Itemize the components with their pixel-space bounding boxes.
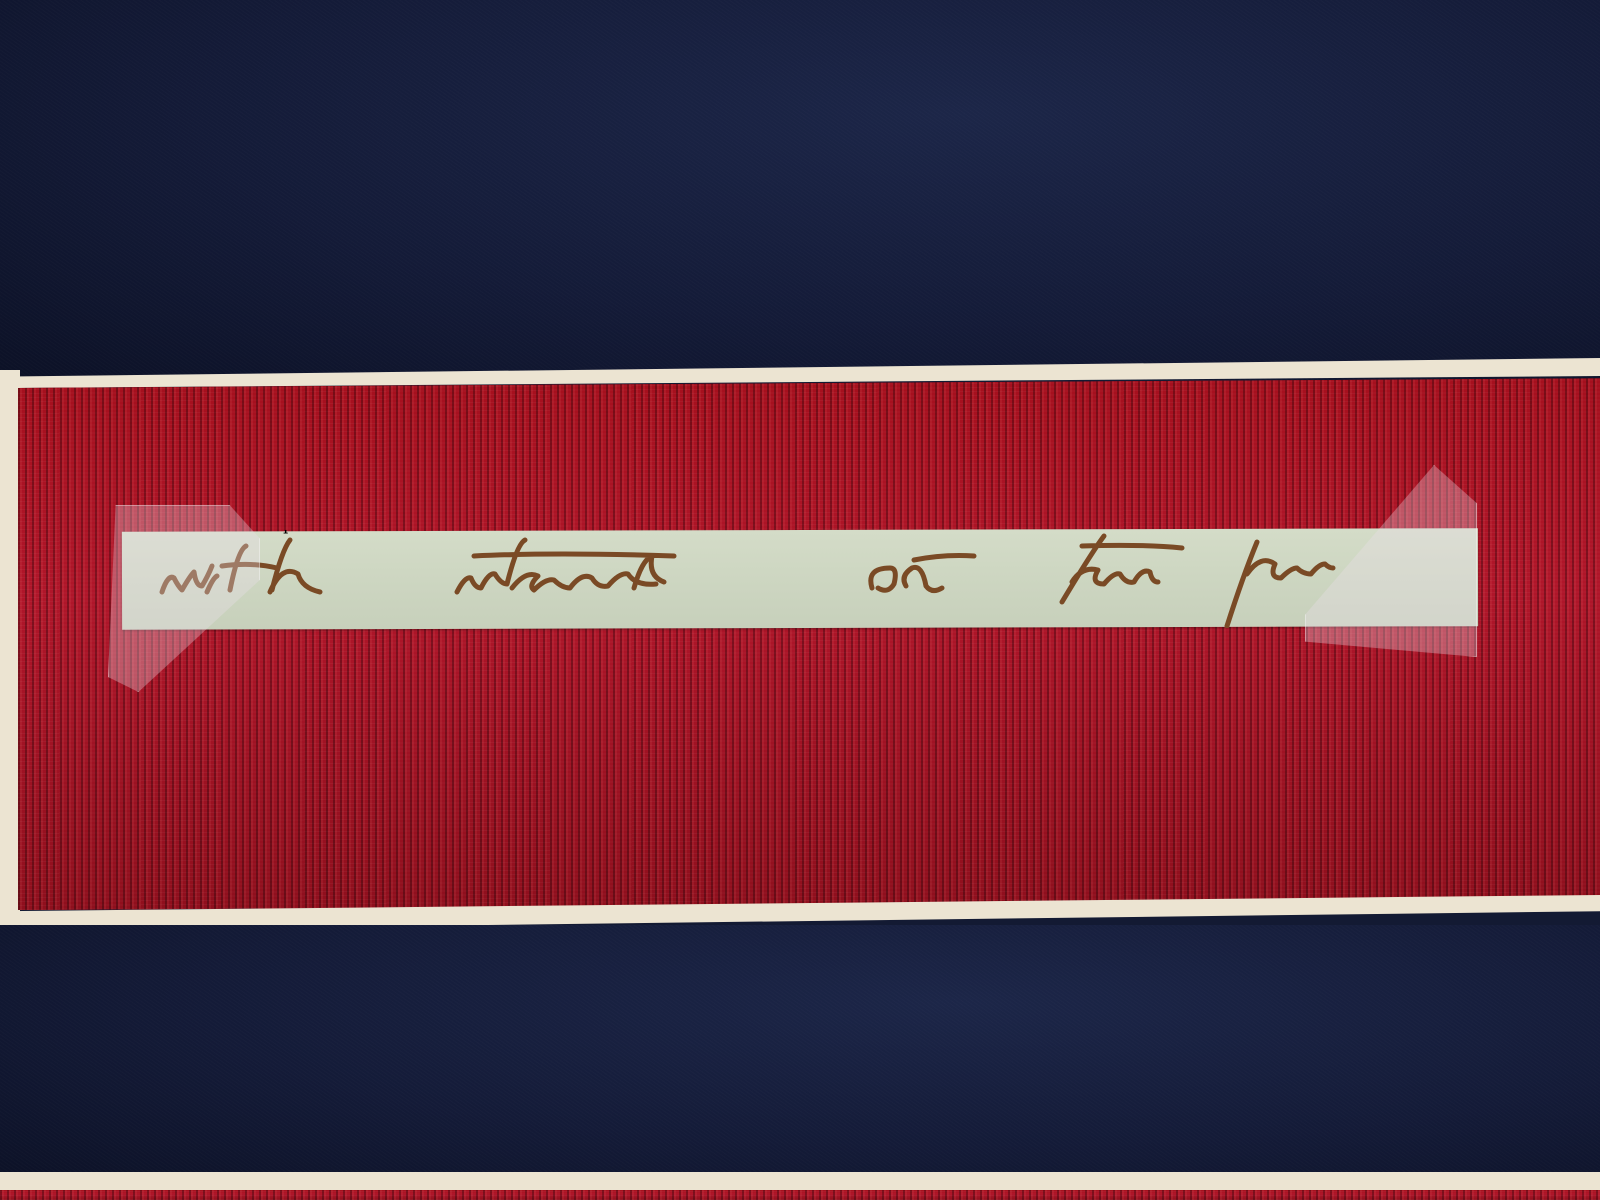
mat-bevel-left <box>0 370 20 915</box>
mat-bevel-lower <box>0 1172 1600 1190</box>
navy-velvet-mat-top <box>0 0 1600 380</box>
red-mat-lower-edge <box>0 1190 1600 1200</box>
navy-velvet-mat-bottom <box>0 925 1600 1185</box>
handwriting-ink: with interest at ten per <box>122 530 1478 628</box>
